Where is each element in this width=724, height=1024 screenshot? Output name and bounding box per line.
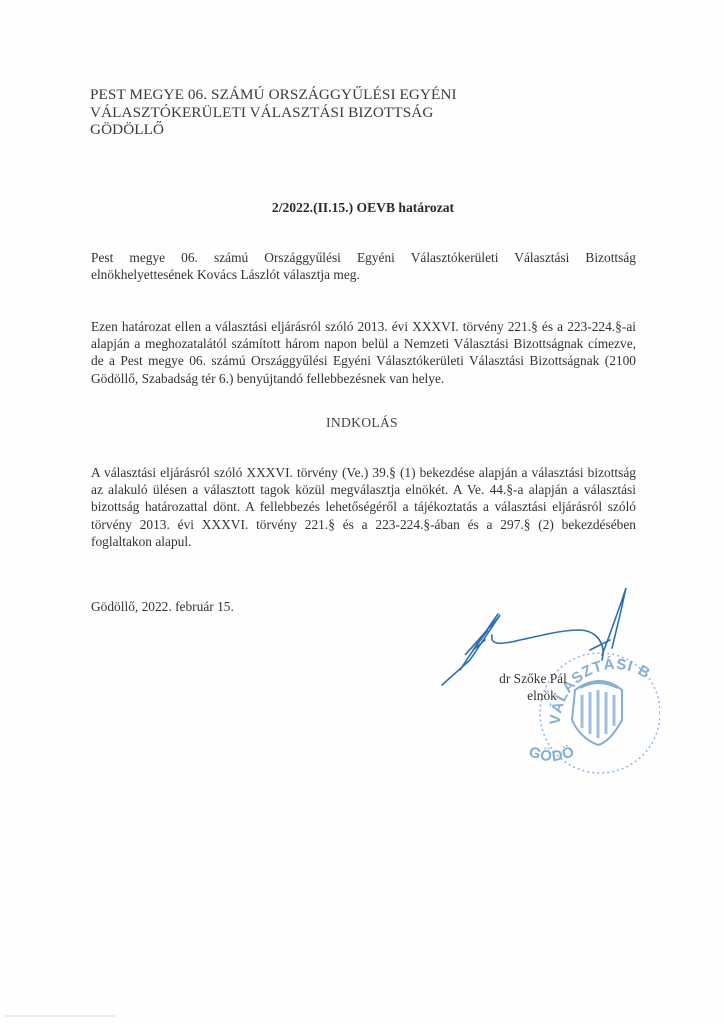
issuer-header: PEST MEGYE 06. SZÁMÚ ORSZÁGGYŰLÉSI EGYÉN…	[90, 86, 457, 139]
scan-artifact	[5, 1015, 115, 1017]
section-heading: INDKOLÁS	[0, 415, 724, 431]
header-line: VÁLASZTÓKERÜLETI VÁLASZTÁSI BIZOTTSÁG	[90, 104, 457, 122]
signatory-role: elnök	[506, 687, 578, 704]
stamp-bottom-text: GÖDÖLLŐ	[440, 560, 578, 765]
coat-of-arms-icon	[572, 681, 622, 745]
justification-paragraph: A választási eljárásról szóló XXXVI. tör…	[91, 464, 636, 550]
official-stamp-icon: VÁLASZTÁSI BIZOTTSÁG GÖDÖLLŐ	[440, 560, 660, 773]
header-line: PEST MEGYE 06. SZÁMÚ ORSZÁGGYŰLÉSI EGYÉN…	[90, 86, 457, 104]
decision-paragraph: Pest megye 06. számú Országgyűlési Egyén…	[91, 249, 636, 283]
appeal-paragraph: Ezen határozat ellen a választási eljárá…	[91, 318, 636, 387]
signatory: dr Szőke Pál elnök	[488, 670, 578, 704]
place-date: Gödöllő, 2022. február 15.	[91, 599, 234, 615]
document-page: PEST MEGYE 06. SZÁMÚ ORSZÁGGYŰLÉSI EGYÉN…	[0, 0, 724, 1024]
svg-text:GÖDÖLLŐ: GÖDÖLLŐ	[440, 560, 578, 765]
signatory-name: dr Szőke Pál	[488, 670, 578, 687]
document-title: 2/2022.(II.15.) OEVB határozat	[0, 200, 724, 216]
header-line: GÖDÖLLŐ	[90, 121, 457, 139]
document-title-text: 2/2022.(II.15.) OEVB határozat	[272, 200, 454, 216]
